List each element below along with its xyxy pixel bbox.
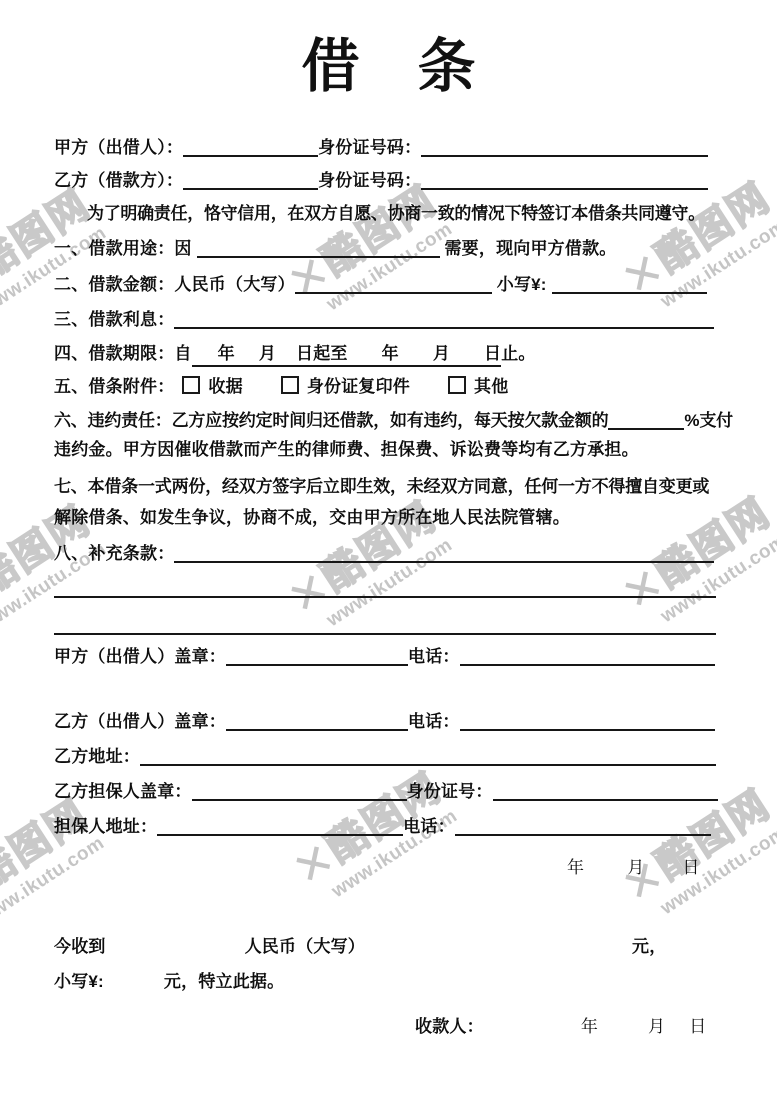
penalty-rate-line <box>608 414 684 430</box>
item-1-purpose: 一、借款用途：因 需要，现向甲方借款。 <box>54 239 616 259</box>
guarantor-phone-label: 电话： <box>403 817 455 836</box>
guarantor-phone-line <box>455 820 711 836</box>
sign-date-row: 年月日 <box>567 858 700 878</box>
receipt-yuan-label: 元， <box>632 937 666 956</box>
term-month1: 月 <box>259 344 276 363</box>
brand-url: www.ikutu.com <box>657 511 777 627</box>
receipt-received-label: 今收到 <box>54 937 106 956</box>
term-day2: 日 <box>484 344 501 363</box>
brand-name: 酷图网 <box>650 492 777 594</box>
term-year2: 年 <box>382 344 399 363</box>
item-6-suffix: %支付 <box>684 411 733 430</box>
title-char-2: 条 <box>418 34 476 99</box>
item-8-supplement: 八、补充条款： <box>54 544 714 564</box>
item-1-suffix: 需要，现向甲方借款。 <box>444 239 616 258</box>
item-8-label: 八、补充条款： <box>54 544 174 563</box>
guarantor-address-row: 担保人地址：电话： <box>54 817 711 837</box>
brand-x-icon: ✕ <box>285 834 342 894</box>
term-year1: 年 <box>218 344 235 363</box>
item-4-term: 四、借款期限：自年月日起至年月日止。 <box>54 344 536 367</box>
item-5-label: 五、借条附件： <box>54 377 174 396</box>
item-5-attachments: 五、借条附件：收据身份证复印件其他 <box>54 376 508 397</box>
brand-name: 酷图网 <box>316 180 443 282</box>
brand-url: www.ikutu.com <box>323 515 486 631</box>
guarantor-id-label: 身份证号： <box>407 782 493 801</box>
party-b-address-label: 乙方地址： <box>54 747 140 766</box>
item-2-amount: 二、借款金额：人民币（大写） 小写¥: <box>54 275 707 295</box>
amount-numeric-line <box>552 278 707 294</box>
guarantor-address-label: 担保人地址： <box>54 817 157 836</box>
party-a-phone-label: 电话： <box>408 647 460 666</box>
amount-words-line <box>295 278 492 294</box>
item-6-breach-line2: 违约金。甲方因催收借款而产生的律师费、担保费、诉讼费等均有乙方承担。 <box>54 440 639 460</box>
receipt-row-3: 收款人：年月日 <box>415 1017 706 1037</box>
sign-date-day: 日 <box>682 858 699 877</box>
party-b-address-row: 乙方地址： <box>54 747 716 767</box>
item-7-effect-line2: 解除借条、如发生争议，协商不成，交由甲方所在地人民法院管辖。 <box>54 508 570 528</box>
party-b-name-line <box>183 174 318 190</box>
brand-name: 酷图网 <box>650 177 777 279</box>
supplement-line-2 <box>54 596 716 598</box>
party-b-phone-line <box>460 715 715 731</box>
party-b-phone-label: 电话： <box>408 712 460 731</box>
party-b-seal-row: 乙方（出借人）盖章：电话： <box>54 712 715 732</box>
receipt-row-1: 今收到人民币（大写）元， <box>54 937 666 957</box>
interest-line <box>174 313 714 329</box>
term-day1: 日起至 <box>296 344 348 363</box>
party-b-address-line <box>140 750 716 766</box>
party-b-id-line <box>421 174 708 190</box>
party-b-label: 乙方（借款方）： <box>54 171 183 190</box>
party-b-row: 乙方（借款方）：身份证号码： <box>54 171 708 191</box>
party-a-row: 甲方（出借人）：身份证号码： <box>54 138 708 158</box>
guarantor-seal-label: 乙方担保人盖章： <box>54 782 192 801</box>
checkbox-other[interactable] <box>448 376 466 394</box>
party-b-seal-label: 乙方（出借人）盖章： <box>54 712 226 731</box>
item-1-label: 一、借款用途：因 <box>54 239 192 258</box>
item-2-label: 二、借款金额：人民币（大写） <box>54 275 295 294</box>
party-a-seal-line <box>226 650 408 666</box>
item-7-effect-line1: 七、本借条一式两份，经双方签字后立即生效，未经双方同意，任何一方不得擅自变更或 <box>54 477 709 497</box>
item-3-label: 三、借款利息： <box>54 310 174 329</box>
sign-date-month: 月 <box>627 858 644 877</box>
party-a-id-label: 身份证号码： <box>318 138 421 157</box>
party-b-seal-line <box>226 715 408 731</box>
party-a-id-line <box>421 141 708 157</box>
brand-name: 酷图网 <box>0 184 97 286</box>
iou-document: ✕酷图网 www.ikutu.com ✕酷图网 www.ikutu.com ✕酷… <box>0 0 777 1099</box>
brand-x-icon: ✕ <box>280 563 337 623</box>
supplement-line-1 <box>174 547 714 563</box>
item-4-label: 四、借款期限：自 <box>54 344 192 363</box>
receipt-currency-label: 人民币（大写） <box>245 937 365 956</box>
receipt-small-post: 元，特立此据。 <box>164 972 284 991</box>
guarantor-address-line <box>157 820 403 836</box>
receipt-payee-label: 收款人： <box>415 1017 484 1036</box>
item-3-interest: 三、借款利息： <box>54 310 714 330</box>
party-b-id-label: 身份证号码： <box>318 171 421 190</box>
brand-name: 酷图网 <box>0 794 95 896</box>
option-other-label: 其他 <box>474 377 508 396</box>
receipt-month: 月 <box>648 1017 665 1036</box>
sign-date-year: 年 <box>567 858 584 877</box>
guarantor-seal-line <box>192 785 407 801</box>
term-month2: 月 <box>433 344 450 363</box>
brand-x-icon: ✕ <box>614 559 671 619</box>
item-6-label: 六、违约责任：乙方应按约定时间归还借款，如有违约，每天按欠款金额的 <box>54 411 608 430</box>
checkbox-id-copy[interactable] <box>281 376 299 394</box>
amount-numeric-label: 小写¥: <box>497 275 547 294</box>
purpose-line <box>197 242 440 258</box>
supplement-line-3 <box>54 633 716 635</box>
item-6-breach-line1: 六、违约责任：乙方应按约定时间归还借款，如有违约，每天按欠款金额的%支付 <box>54 411 733 431</box>
option-id-copy-label: 身份证复印件 <box>307 377 410 396</box>
party-a-name-line <box>183 141 318 157</box>
title-char-1: 借 <box>301 34 359 99</box>
option-receipt-label: 收据 <box>208 377 242 396</box>
checkbox-receipt[interactable] <box>182 376 200 394</box>
party-a-seal-label: 甲方（出借人）盖章： <box>54 647 226 666</box>
receipt-year: 年 <box>581 1017 598 1036</box>
page-title: 借条 <box>0 36 777 98</box>
term-end: 止。 <box>501 344 535 363</box>
party-a-phone-line <box>460 650 715 666</box>
brand-url: www.ikutu.com <box>328 786 491 902</box>
receipt-row-2: 小写¥:元，特立此据。 <box>54 972 284 992</box>
receipt-day: 日 <box>689 1017 706 1036</box>
guarantor-seal-row: 乙方担保人盖章：身份证号： <box>54 782 718 802</box>
term-date-line: 年月日起至年月日 <box>192 344 502 367</box>
guarantor-id-line <box>493 785 718 801</box>
brand-url: www.ikutu.com <box>0 519 140 635</box>
intro-paragraph: 为了明确责任，恪守信用，在双方自愿、协商一致的情况下特签订本借条共同遵守。 <box>54 204 705 224</box>
party-a-label: 甲方（出借人）： <box>54 138 183 157</box>
receipt-small-label: 小写¥: <box>54 972 104 991</box>
party-a-seal-row: 甲方（出借人）盖章：电话： <box>54 647 715 667</box>
